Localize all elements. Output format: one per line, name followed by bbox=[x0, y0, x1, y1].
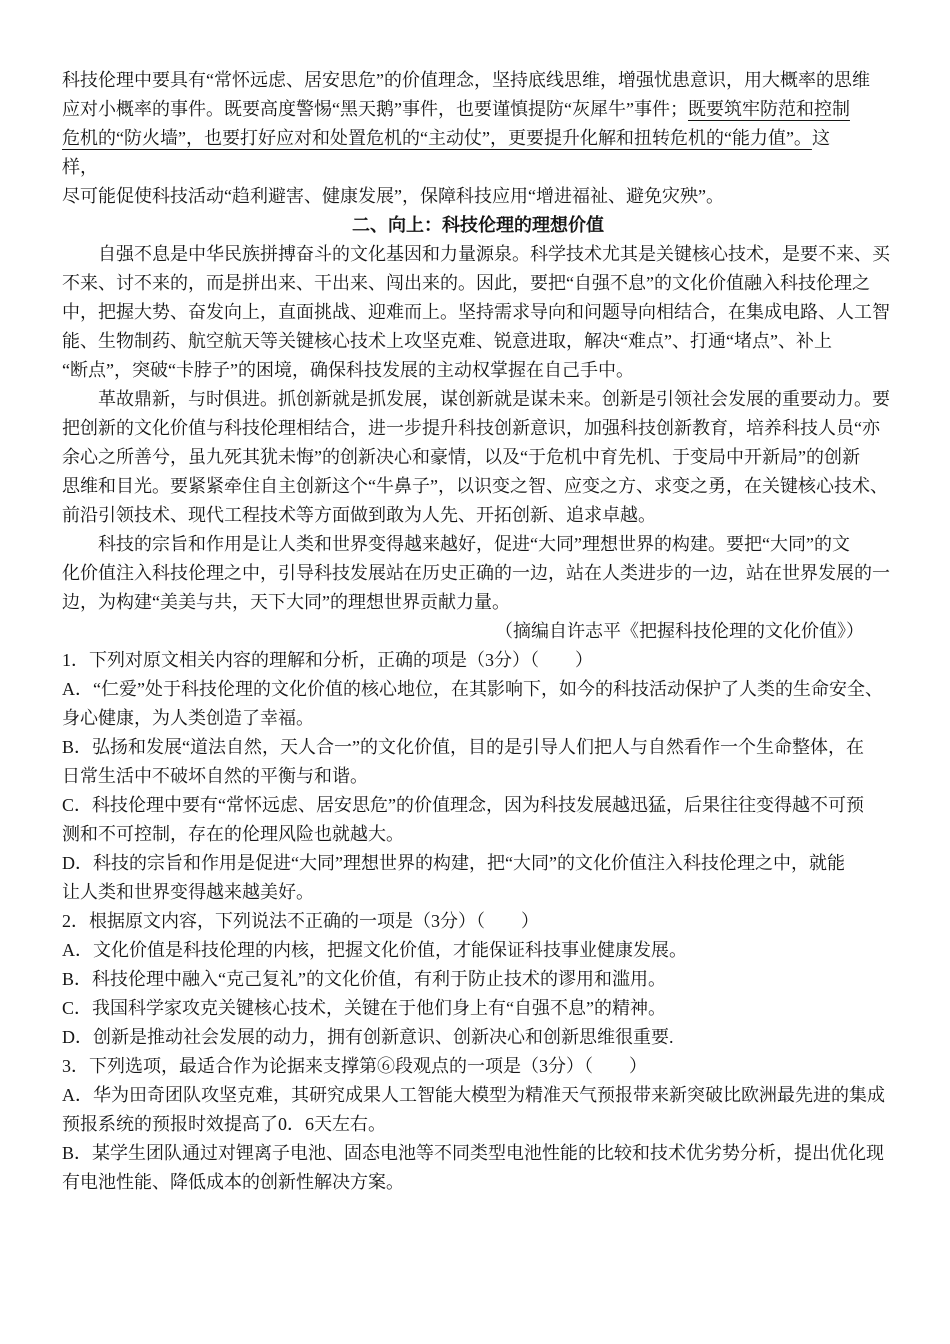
passage-p1-line5: 尽可能促使科技活动“趋利避害、健康发展”，保障科技应用“增进福祉、避免灾殃”。 bbox=[62, 182, 894, 211]
passage-p2-line2: 不来、讨不来的，而是拼出来、干出来、闯出来的。因此，要把“自强不息”的文化价值融… bbox=[62, 269, 894, 298]
question-2-option-c: C．我国科学家攻克关键核心技术，关键在于他们身上有“自强不息”的精神。 bbox=[62, 994, 894, 1023]
question-1-option-b-line1: B．弘扬和发展“道法自然，天人合一”的文化价值，目的是引导人们把人与自然看作一个… bbox=[62, 733, 894, 762]
text-segment: B．某学生团队通过对锂离子电池、固态电池等不同类型电池性能的比较和技术优劣势分析… bbox=[62, 1143, 884, 1163]
passage-p1-line3: 危机的“防火墙”，也要打好应对和处置危机的“主动仗”，更要提升化解和扭转危机的“… bbox=[62, 124, 894, 153]
passage-p2-line5: “断点”，突破“卡脖子”的困境，确保科技发展的主动权掌握在自己手中。 bbox=[62, 356, 894, 385]
text-segment: 二、向上：科技伦理的理想价值 bbox=[352, 215, 604, 235]
passage-p3-line5: 前沿引领技术、现代工程技术等方面做到敢为人先、开拓创新、追求卓越。 bbox=[62, 501, 894, 530]
text-segment: 2．根据原文内容，下列说法不正确的一项是（3分）（ ） bbox=[62, 911, 539, 931]
question-2-stem: 2．根据原文内容，下列说法不正确的一项是（3分）（ ） bbox=[62, 907, 894, 936]
text-segment: D．科技的宗旨和作用是促进“大同”理想世界的构建，把“大同”的文化价值注入科技伦… bbox=[62, 853, 845, 873]
text-segment: 1．下列对原文相关内容的理解和分析，正确的项是（3分）（ ） bbox=[62, 650, 593, 670]
passage-p2-line1: 自强不息是中华民族拼搏奋斗的文化基因和力量源泉。科学技术尤其是关键核心技术，是要… bbox=[62, 240, 894, 269]
document-body: 科技伦理中要具有“常怀远虑、居安思危”的价值理念，坚持底线思维，增强忧患意识，用… bbox=[0, 0, 950, 1197]
question-3-option-a-line2: 预报系统的预报时效提高了0．6天左右。 bbox=[62, 1110, 894, 1139]
text-segment: 思维和目光。要紧紧牵住自主创新这个“牛鼻子”，以识变之智、应变之方、求变之勇，在… bbox=[62, 476, 888, 496]
text-segment: B．弘扬和发展“道法自然，天人合一”的文化价值，目的是引导人们把人与自然看作一个… bbox=[62, 737, 864, 757]
document-page: 科技伦理中要具有“常怀远虑、居安思危”的价值理念，坚持底线思维，增强忧患意识，用… bbox=[0, 0, 950, 1344]
passage-p1-line4: 样， bbox=[62, 153, 894, 182]
passage-p3-line1: 革故鼎新，与时俱进。抓创新就是抓发展，谋创新就是谋未来。创新是引领社会发展的重要… bbox=[62, 385, 894, 414]
text-segment: 余心之所善兮，虽九死其犹未悔”的创新决心和豪情，以及“于危机中育先机、于变局中开… bbox=[62, 447, 860, 467]
question-1-option-b-line2: 日常生活中不破坏自然的平衡与和谐。 bbox=[62, 762, 894, 791]
question-1-option-d-line2: 让人类和世界变得越来越美好。 bbox=[62, 878, 894, 907]
text-segment: C．我国科学家攻克关键核心技术，关键在于他们身上有“自强不息”的精神。 bbox=[62, 998, 666, 1018]
question-3-option-b-line2: 有电池性能、降低成本的创新性解决方案。 bbox=[62, 1168, 894, 1197]
passage-p3-line4: 思维和目光。要紧紧牵住自主创新这个“牛鼻子”，以识变之智、应变之方、求变之勇，在… bbox=[62, 472, 894, 501]
text-segment: 尽可能促使科技活动“趋利避害、健康发展”，保障科技应用“增进福祉、避免灾殃”。 bbox=[62, 186, 724, 206]
text-segment: 把创新的文化价值与科技伦理相结合，进一步提升科技创新意识，加强科技创新教育，培养… bbox=[62, 418, 880, 438]
passage-p1-line1: 科技伦理中要具有“常怀远虑、居安思危”的价值理念，坚持底线思维，增强忧患意识，用… bbox=[62, 66, 894, 95]
text-segment: 革故鼎新，与时俱进。抓创新就是抓发展，谋创新就是谋未来。创新是引领社会发展的重要… bbox=[98, 389, 890, 409]
text-segment: 中，把握大势、奋发向上，直面挑战、迎难而上。坚持需求导向和问题导向相结合，在集成… bbox=[62, 302, 890, 322]
question-1-option-a-line2: 身心健康，为人类创造了幸福。 bbox=[62, 704, 894, 733]
passage-p4-line2: 化价值注入科技伦理之中，引导科技发展站在历史正确的一边，站在人类进步的一边，站在… bbox=[62, 559, 894, 588]
text-segment: 样， bbox=[62, 157, 98, 177]
text-segment: 应对小概率的事件。既要高度警惕“黑天鹅”事件，也要谨慎提防“灰犀牛”事件； bbox=[62, 99, 688, 119]
underlined-text-segment: 既要筑牢防范和控制 bbox=[688, 99, 850, 119]
text-segment: （摘编自许志平《把握科技伦理的文化价值》） bbox=[495, 621, 864, 641]
question-3-stem: 3．下列选项，最适合作为论据来支撑第⑥段观点的一项是（3分）（ ） bbox=[62, 1052, 894, 1081]
text-segment: 前沿引领技术、现代工程技术等方面做到敢为人先、开拓创新、追求卓越。 bbox=[62, 505, 656, 525]
text-segment: 3．下列选项，最适合作为论据来支撑第⑥段观点的一项是（3分）（ ） bbox=[62, 1056, 647, 1076]
question-1-stem: 1．下列对原文相关内容的理解和分析，正确的项是（3分）（ ） bbox=[62, 646, 894, 675]
text-segment: 自强不息是中华民族拼搏奋斗的文化基因和力量源泉。科学技术尤其是关键核心技术，是要… bbox=[98, 244, 890, 264]
question-1-option-c-line2: 测和不可控制，存在的伦理风险也就越大。 bbox=[62, 820, 894, 849]
text-segment: 边，为构建“美美与共，天下大同”的理想世界贡献力量。 bbox=[62, 592, 510, 612]
question-3-option-a-line1: A．华为田奇团队攻坚克难，其研究成果人工智能大模型为精准天气预报带来新突破比欧洲… bbox=[62, 1081, 894, 1110]
question-2-option-d: D．创新是推动社会发展的动力，拥有创新意识、创新决心和创新思维很重要. bbox=[62, 1023, 894, 1052]
text-segment: 不来、讨不来的，而是拼出来、干出来、闯出来的。因此，要把“自强不息”的文化价值融… bbox=[62, 273, 870, 293]
text-segment: A．文化价值是科技伦理的内核，把握文化价值，才能保证科技事业健康发展。 bbox=[62, 940, 687, 960]
question-1-option-d-line1: D．科技的宗旨和作用是促进“大同”理想世界的构建，把“大同”的文化价值注入科技伦… bbox=[62, 849, 894, 878]
underlined-text-segment: 危机的“防火墙”，也要打好应对和处置危机的“主动仗”，更要提升化解和扭转危机的“… bbox=[62, 128, 812, 148]
passage-p3-line2: 把创新的文化价值与科技伦理相结合，进一步提升科技创新意识，加强科技创新教育，培养… bbox=[62, 414, 894, 443]
source-citation: （摘编自许志平《把握科技伦理的文化价值》） bbox=[62, 617, 894, 646]
passage-p2-line3: 中，把握大势、奋发向上，直面挑战、迎难而上。坚持需求导向和问题导向相结合，在集成… bbox=[62, 298, 894, 327]
text-segment: 有电池性能、降低成本的创新性解决方案。 bbox=[62, 1172, 404, 1192]
text-segment: 身心健康，为人类创造了幸福。 bbox=[62, 708, 314, 728]
passage-p4-line1: 科技的宗旨和作用是让人类和世界变得越来越好，促进“大同”理想世界的构建。要把“大… bbox=[62, 530, 894, 559]
text-segment: A．华为田奇团队攻坚克难，其研究成果人工智能大模型为精准天气预报带来新突破比欧洲… bbox=[62, 1085, 885, 1105]
text-segment: 这 bbox=[812, 128, 830, 148]
text-segment: B．科技伦理中融入“克己复礼”的文化价值，有利于防止技术的谬用和滥用。 bbox=[62, 969, 666, 989]
text-segment: 日常生活中不破坏自然的平衡与和谐。 bbox=[62, 766, 368, 786]
text-segment: 化价值注入科技伦理之中，引导科技发展站在历史正确的一边，站在人类进步的一边，站在… bbox=[62, 563, 890, 583]
text-segment: 让人类和世界变得越来越美好。 bbox=[62, 882, 314, 902]
passage-p2-line4: 能、生物制药、航空航天等关键核心技术上攻坚克难、锐意进取，解决“难点”、打通“堵… bbox=[62, 327, 894, 356]
text-segment: 能、生物制药、航空航天等关键核心技术上攻坚克难、锐意进取，解决“难点”、打通“堵… bbox=[62, 331, 832, 351]
text-segment: A．“仁爱”处于科技伦理的文化价值的核心地位，在其影响下，如今的科技活动保护了人… bbox=[62, 679, 883, 699]
text-segment: D．创新是推动社会发展的动力，拥有创新意识、创新决心和创新思维很重要. bbox=[62, 1027, 674, 1047]
passage-p3-line3: 余心之所善兮，虽九死其犹未悔”的创新决心和豪情，以及“于危机中育先机、于变局中开… bbox=[62, 443, 894, 472]
question-3-option-b-line1: B．某学生团队通过对锂离子电池、固态电池等不同类型电池性能的比较和技术优劣势分析… bbox=[62, 1139, 894, 1168]
passage-p1-line2: 应对小概率的事件。既要高度警惕“黑天鹅”事件，也要谨慎提防“灰犀牛”事件；既要筑… bbox=[62, 95, 894, 124]
passage-p4-line3: 边，为构建“美美与共，天下大同”的理想世界贡献力量。 bbox=[62, 588, 894, 617]
section-heading: 二、向上：科技伦理的理想价值 bbox=[62, 211, 894, 240]
text-segment: 科技的宗旨和作用是让人类和世界变得越来越好，促进“大同”理想世界的构建。要把“大… bbox=[98, 534, 850, 554]
text-segment: 测和不可控制，存在的伦理风险也就越大。 bbox=[62, 824, 404, 844]
text-segment: 预报系统的预报时效提高了0．6天左右。 bbox=[62, 1114, 386, 1134]
question-2-option-a: A．文化价值是科技伦理的内核，把握文化价值，才能保证科技事业健康发展。 bbox=[62, 936, 894, 965]
question-1-option-c-line1: C．科技伦理中要有“常怀远虑、居安思危”的价值理念，因为科技发展越迅猛，后果往往… bbox=[62, 791, 894, 820]
text-segment: “断点”，突破“卡脖子”的困境，确保科技发展的主动权掌握在自己手中。 bbox=[62, 360, 634, 380]
text-segment: 科技伦理中要具有“常怀远虑、居安思危”的价值理念，坚持底线思维，增强忧患意识，用… bbox=[62, 70, 870, 90]
question-1-option-a-line1: A．“仁爱”处于科技伦理的文化价值的核心地位，在其影响下，如今的科技活动保护了人… bbox=[62, 675, 894, 704]
question-2-option-b: B．科技伦理中融入“克己复礼”的文化价值，有利于防止技术的谬用和滥用。 bbox=[62, 965, 894, 994]
text-segment: C．科技伦理中要有“常怀远虑、居安思危”的价值理念，因为科技发展越迅猛，后果往往… bbox=[62, 795, 864, 815]
